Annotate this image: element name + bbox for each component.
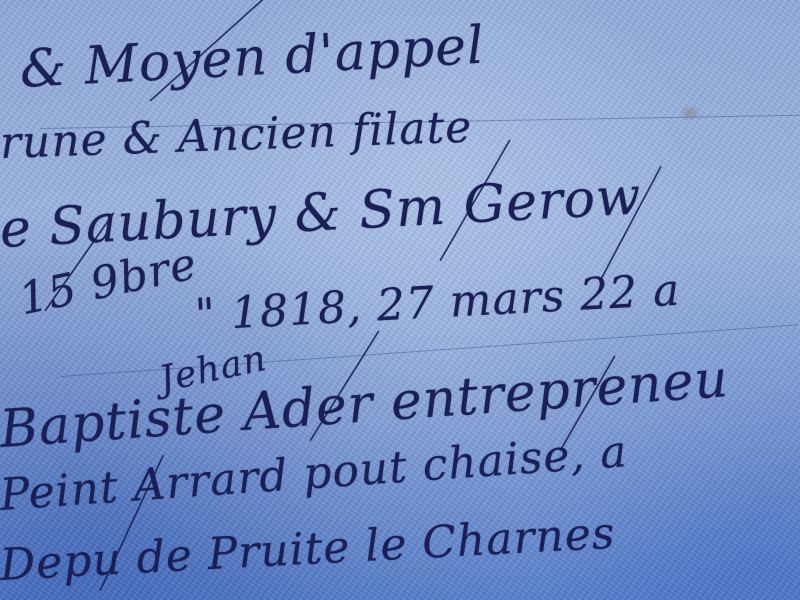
handwriting-line-4-date: " 1818, 27 mars 22 a	[194, 265, 682, 341]
handwriting-line-3: e Saubury & Sm Gerow	[0, 166, 643, 260]
manuscript-page: & Moyen d'appel rune & Ancien filate e S…	[0, 0, 800, 600]
handwriting-line-1: & Moyen d'appel	[18, 16, 486, 100]
handwriting-line-7: Depu de Pruite le Charnes	[0, 508, 617, 591]
handwriting-line-2: rune & Ancien filate	[0, 102, 473, 169]
